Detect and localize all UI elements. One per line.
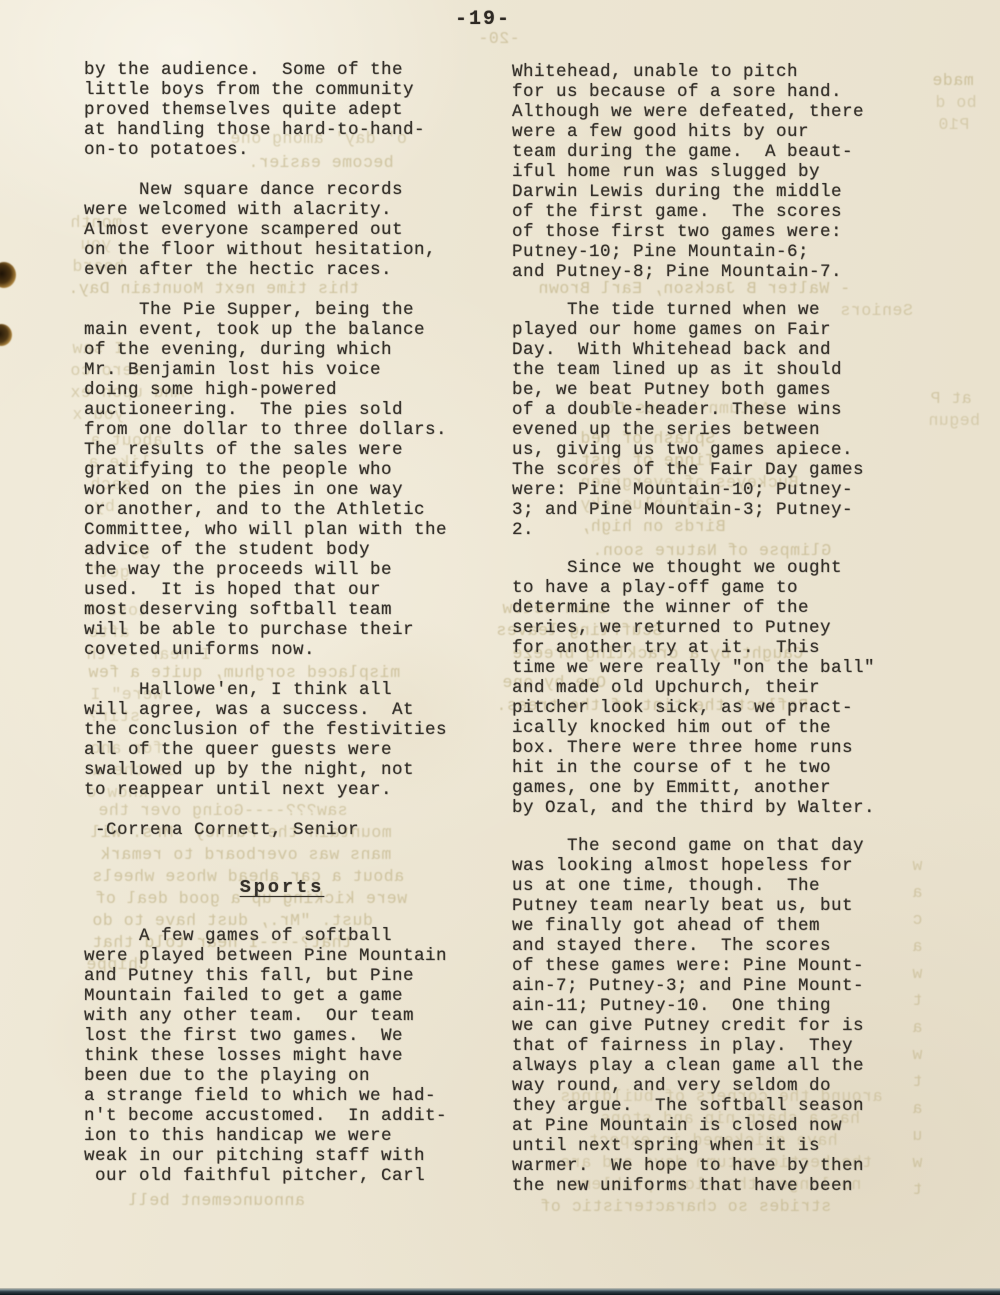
right-column: Whitehead, unable to pitch for us becaus… bbox=[512, 62, 920, 1214]
paragraph-square-dance: New square dance records were welcomed w… bbox=[84, 180, 480, 280]
scanned-newsletter-page: -20-madebo dP10o' day' among onebecome e… bbox=[0, 0, 1000, 1295]
bleedthrough-fragment: -20- bbox=[478, 28, 520, 49]
bleedthrough-fragment: at P bbox=[930, 388, 972, 409]
paragraph-second-game-season-close: The second game on that day was looking … bbox=[512, 836, 920, 1196]
sports-section-heading: Sports bbox=[84, 878, 480, 898]
paragraph-audience-potatoes: by the audience. Some of the little boys… bbox=[84, 60, 480, 160]
author-signature: -Correna Cornett, Senior bbox=[84, 820, 480, 840]
paragraph-whitehead-first-games: Whitehead, unable to pitch for us becaus… bbox=[512, 62, 920, 282]
paragraph-softball-games: A few games of softball were played betw… bbox=[84, 926, 480, 1186]
ink-spot bbox=[0, 262, 16, 288]
paragraph-pie-supper: The Pie Supper, being the main event, to… bbox=[84, 300, 480, 660]
scan-bottom-edge bbox=[0, 1288, 1000, 1295]
bleedthrough-fragment: begun bbox=[928, 410, 980, 431]
left-column: by the audience. Some of the little boys… bbox=[84, 60, 480, 1206]
paragraph-halloween: Hallowe'en, I think all will agree, was … bbox=[84, 680, 480, 800]
paragraph-playoff-game: Since we thought we ought to have a play… bbox=[512, 558, 920, 818]
bleedthrough-fragment: P10 bbox=[938, 114, 969, 135]
ink-spot bbox=[0, 324, 12, 346]
bleedthrough-fragment: made bbox=[932, 70, 974, 91]
bleedthrough-fragment: bo d bbox=[935, 92, 977, 113]
page-number: -19- bbox=[455, 8, 511, 31]
paragraph-fair-day-games: The tide turned when we played our home … bbox=[512, 300, 920, 540]
